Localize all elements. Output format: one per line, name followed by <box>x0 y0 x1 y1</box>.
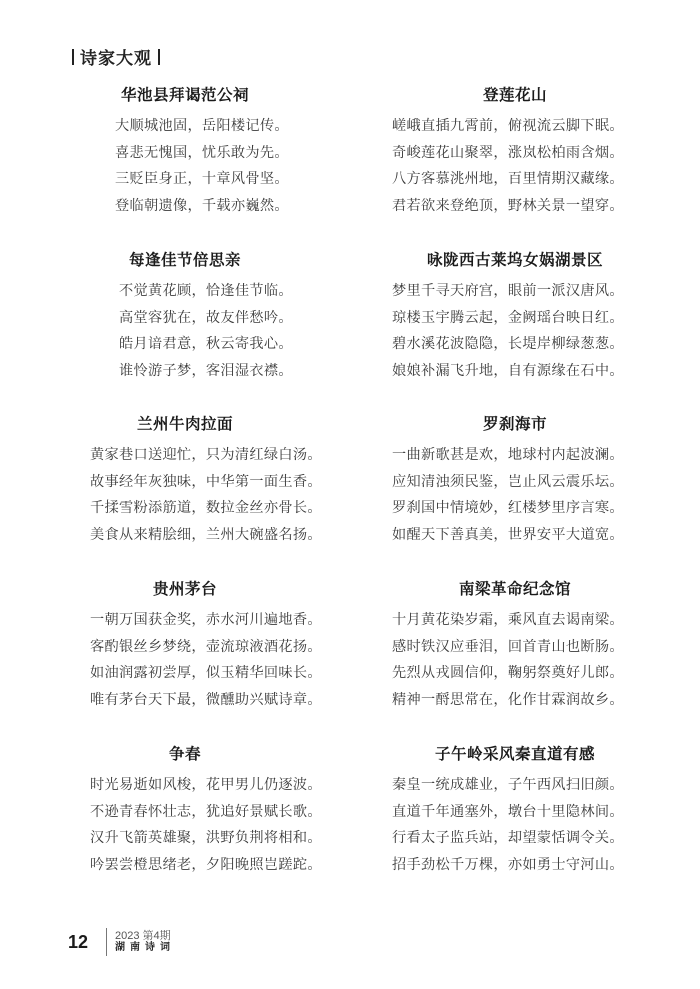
section-header: 诗家大观 <box>72 44 160 69</box>
poem: 登莲花山 嵯峨直插九霄前，俯视流云脚下眠。 奇峻莲花山聚翠，涨岚松柏雨含烟。 八… <box>350 84 680 219</box>
poem-line: 喜悲无愧国，忧乐敢为先。 <box>115 140 350 167</box>
poem-line: 精神一酹思常在，化作甘霖润故乡。 <box>392 687 680 714</box>
poem-line: 感时铁汉应垂泪，回首青山也断肠。 <box>392 634 680 661</box>
page-number: 12 <box>68 932 102 953</box>
poem-line: 梦里千寻天府宫，眼前一派汉唐风。 <box>392 278 680 305</box>
poem-line: 不觉黄花顾，恰逢佳节临。 <box>119 278 350 305</box>
poem-title: 登莲花山 <box>350 84 680 106</box>
page-footer: 12 2023 第4期 湖南诗词 <box>68 928 175 956</box>
poem-line: 千揉雪粉添筋道，数拉金丝亦骨长。 <box>90 495 350 522</box>
poem: 贵州茅台 一朝万国获金奖，赤水河川遍地香。 客酌银丝乡梦绕，壶流琼液酒花扬。 如… <box>20 578 350 713</box>
poem-line: 琼楼玉宇腾云起，金阙瑶台映日红。 <box>392 305 680 332</box>
poem-title: 咏陇西古莱坞女娲湖景区 <box>350 249 680 271</box>
poem: 每逢佳节倍思亲 不觉黄花顾，恰逢佳节临。 高堂容犹在，故友伴愁吟。 皓月谙君意，… <box>20 249 350 384</box>
poem: 华池县拜谒范公祠 大顺城池固，岳阳楼记传。 喜悲无愧国，忧乐敢为先。 三贬臣身正… <box>20 84 350 219</box>
poem-line: 君若欲来登绝顶，野林关景一望穿。 <box>392 193 680 220</box>
divider <box>72 49 74 65</box>
poem-line: 罗刹国中情境妙，红楼梦里序言寒。 <box>392 495 680 522</box>
poem-line: 三贬臣身正，十章风骨坚。 <box>115 166 350 193</box>
poem-line: 汉升飞箭英雄聚，洪野负荆将相和。 <box>90 825 350 852</box>
divider <box>106 928 107 956</box>
poem-line: 时光易逝如风梭，花甲男儿仍逐波。 <box>90 772 350 799</box>
journal-name: 湖南诗词 <box>115 942 175 954</box>
poem-line: 皓月谙君意，秋云寄我心。 <box>119 331 350 358</box>
poem-line: 应知清浊须民鉴，岂止风云震乐坛。 <box>392 469 680 496</box>
poem: 咏陇西古莱坞女娲湖景区 梦里千寻天府宫，眼前一派汉唐风。 琼楼玉宇腾云起，金阙瑶… <box>350 249 680 384</box>
poem-line: 一朝万国获金奖，赤水河川遍地香。 <box>90 607 350 634</box>
poem-line: 故事经年灰独味，中华第一面生香。 <box>90 469 350 496</box>
poem-line: 大顺城池固，岳阳楼记传。 <box>115 113 350 140</box>
poem-line: 黄家巷口送迎忙，只为清红绿白汤。 <box>90 442 350 469</box>
poem-line: 一曲新歌甚是欢，地球村内起波澜。 <box>392 442 680 469</box>
poem-line: 登临朝遗像，千载亦巍然。 <box>115 193 350 220</box>
poem-line: 行看太子监兵站，却望蒙恬调令关。 <box>392 825 680 852</box>
poem: 子午岭采风秦直道有感 秦皇一统成雄业，子午西风扫旧颜。 直道千年通塞外，墩台十里… <box>350 743 680 878</box>
poem-line: 嵯峨直插九霄前，俯视流云脚下眠。 <box>392 113 680 140</box>
divider <box>158 49 160 65</box>
poem-line: 唯有茅台天下最，微醺助兴赋诗章。 <box>90 687 350 714</box>
poem-line: 客酌银丝乡梦绕，壶流琼液酒花扬。 <box>90 634 350 661</box>
poem-line: 八方客慕洮州地，百里情期汉藏缘。 <box>392 166 680 193</box>
poem-line: 不逊青春怀壮志，犹追好景赋长歌。 <box>90 799 350 826</box>
poem: 南梁革命纪念馆 十月黄花染岁霜，乘风直去谒南梁。 感时铁汉应垂泪，回首青山也断肠… <box>350 578 680 713</box>
poem: 罗刹海市 一曲新歌甚是欢，地球村内起波澜。 应知清浊须民鉴，岂止风云震乐坛。 罗… <box>350 413 680 548</box>
poem-line: 如醒天下善真美，世界安平大道宽。 <box>392 522 680 549</box>
poem-title: 南梁革命纪念馆 <box>350 578 680 600</box>
poem-title: 每逢佳节倍思亲 <box>20 249 350 271</box>
poem-line: 奇峻莲花山聚翠，涨岚松柏雨含烟。 <box>392 140 680 167</box>
poem-line: 娘娘补漏飞升地，自有源缘在石中。 <box>392 358 680 385</box>
poem-line: 谁怜游子梦，客泪湿衣襟。 <box>119 358 350 385</box>
poem-title: 争春 <box>20 743 350 765</box>
poem-line: 招手劲松千万棵，亦如勇士守河山。 <box>392 852 680 879</box>
poem-line: 美食从来精脍细，兰州大碗盛名扬。 <box>90 522 350 549</box>
poem-line: 如油润露初尝厚，似玉精华回味长。 <box>90 660 350 687</box>
poem-line: 先烈从戎圆信仰，鞠躬祭奠好儿郎。 <box>392 660 680 687</box>
poem-line: 十月黄花染岁霜，乘风直去谒南梁。 <box>392 607 680 634</box>
poem-title: 罗刹海市 <box>350 413 680 435</box>
poem-line: 吟罢尝橙思绪老，夕阳晚照岂蹉跎。 <box>90 852 350 879</box>
poem-title: 华池县拜谒范公祠 <box>20 84 350 106</box>
section-title: 诗家大观 <box>80 44 152 69</box>
poem-line: 直道千年通塞外，墩台十里隐林间。 <box>392 799 680 826</box>
poem-line: 高堂容犹在，故友伴愁吟。 <box>119 305 350 332</box>
poem: 兰州牛肉拉面 黄家巷口送迎忙，只为清红绿白汤。 故事经年灰独味，中华第一面生香。… <box>20 413 350 548</box>
issue-label: 2023 第4期 <box>115 930 175 942</box>
poem-title: 贵州茅台 <box>20 578 350 600</box>
poem-title: 子午岭采风秦直道有感 <box>350 743 680 765</box>
poem-line: 秦皇一统成雄业，子午西风扫旧颜。 <box>392 772 680 799</box>
poem-title: 兰州牛肉拉面 <box>20 413 350 435</box>
poem: 争春 时光易逝如风梭，花甲男儿仍逐波。 不逊青春怀壮志，犹追好景赋长歌。 汉升飞… <box>20 743 350 878</box>
poem-line: 碧水溪花波隐隐，长堤岸柳绿葱葱。 <box>392 331 680 358</box>
